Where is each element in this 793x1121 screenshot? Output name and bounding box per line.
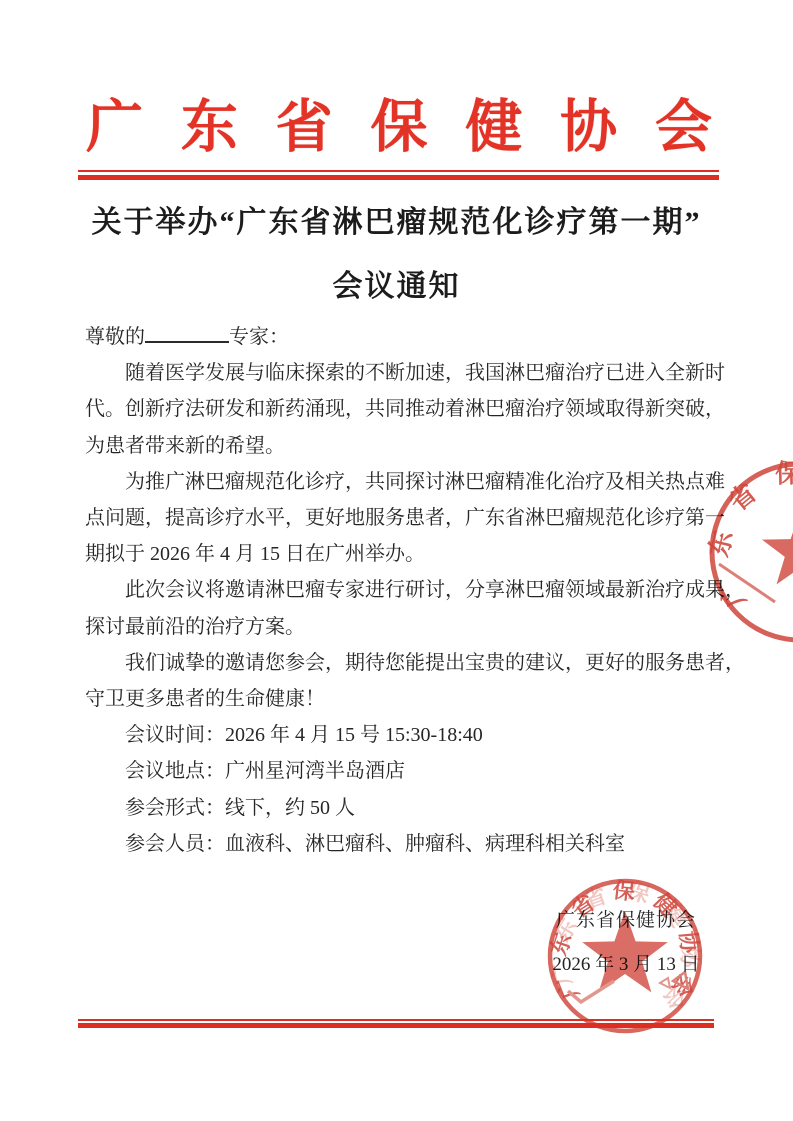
body-line: 期拟于 2026 年 4 月 15 日在广州举办。 (85, 536, 717, 572)
document-page: 广 东 省 保 健 协 会 关于举办“广东省淋巴瘤规范化诊疗第一期” 会议通知 … (0, 0, 793, 1121)
org-name-char: 健 (465, 81, 522, 163)
body-line: 代。创新疗法研发和新药涌现，共同推动着淋巴瘤治疗领域取得新突破， (85, 391, 717, 427)
body-line: 为患者带来新的希望。 (85, 428, 717, 464)
official-seal-bottom: 广东省保健协会 广东省保健协会 (540, 871, 710, 1041)
footer-divider-thick (78, 1023, 714, 1028)
star-icon (762, 512, 793, 584)
salutation-prefix: 尊敬的 (85, 326, 145, 348)
letterhead-org-name: 广 东 省 保 健 协 会 (86, 88, 712, 156)
salutation-suffix: 专家： (229, 326, 289, 348)
detail-line-location: 会议地点：广州星河湾半岛酒店 (85, 753, 717, 789)
body-line: 我们诚挚的邀请您参会，期待您能提出宝贵的建议，更好的服务患者， (85, 645, 717, 681)
detail-line-format: 参会形式：线下，约 50 人 (85, 790, 717, 826)
seal-ghost-triangle (660, 978, 670, 988)
org-name-char: 东 (181, 81, 238, 163)
detail-line-participants: 参会人员：血液科、淋巴瘤科、肿瘤科、病理科相关科室 (85, 826, 717, 862)
body-line: 为推广淋巴瘤规范化诊疗，共同探讨淋巴瘤精准化治疗及相关热点难 (85, 464, 717, 500)
notice-title-line2: 会议通知 (0, 261, 793, 305)
seal-rim-text: 广东省保健协会 (704, 458, 793, 611)
header-divider-thin (78, 170, 719, 172)
star-icon (582, 911, 668, 992)
body-line: 此次会议将邀请淋巴瘤专家进行研讨，分享淋巴瘤领域最新治疗成果， (85, 572, 717, 608)
footer-divider-thin (78, 1019, 714, 1021)
body-line: 守卫更多患者的生命健康！ (85, 681, 717, 717)
org-name-char: 协 (560, 81, 617, 163)
letter-body: 尊敬的专家： 随着医学发展与临床探索的不断加速，我国淋巴瘤治疗已进入全新时 代。… (85, 319, 717, 862)
body-line: 随着医学发展与临床探索的不断加速，我国淋巴瘤治疗已进入全新时 (85, 355, 717, 391)
org-name-char: 省 (276, 81, 333, 163)
org-name-char: 保 (370, 81, 427, 163)
org-name-char: 广 (86, 81, 143, 163)
org-name-char: 会 (655, 81, 712, 163)
body-line: 探讨最前沿的治疗方案。 (85, 609, 717, 645)
notice-title-line1: 关于举办“广东省淋巴瘤规范化诊疗第一期” (0, 197, 793, 241)
header-divider-thick (78, 175, 719, 180)
body-line: 点问题，提高诊疗水平，更好地服务患者，广东省淋巴瘤规范化诊疗第一 (85, 500, 717, 536)
detail-line-time: 会议时间：2026 年 4 月 15 号 15:30-18:40 (85, 717, 717, 753)
salutation: 尊敬的专家： (85, 319, 717, 355)
official-seal-side: 广东省保健协会 (697, 452, 793, 662)
blank-underline (145, 321, 229, 343)
